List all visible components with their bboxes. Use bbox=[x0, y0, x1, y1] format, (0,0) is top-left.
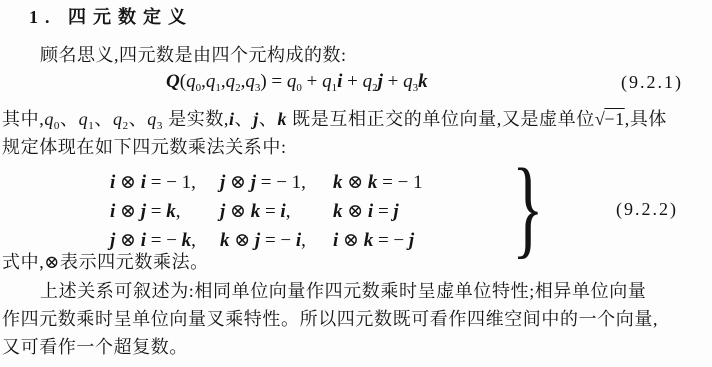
where-paragraph-line-2: 规定体现在如下四元数乘法关系中: bbox=[2, 133, 710, 161]
equation-9-2-2-cell: k ⊗ j = − i, bbox=[220, 226, 306, 255]
section-heading: 1. 四元数定义 bbox=[29, 4, 193, 30]
intro-paragraph: 顾名思义,四元数是由四个元构成的数: bbox=[40, 42, 347, 69]
equation-9-2-2-cell: i ⊗ j = k, bbox=[110, 197, 180, 226]
equation-9-2-2-grid: i ⊗ i = − 1,j ⊗ j = − 1,k ⊗ k = − 1i ⊗ j… bbox=[110, 168, 423, 255]
equation-9-2-2-cell: j ⊗ k = i, bbox=[220, 197, 290, 226]
sqrt-radical: √−1 bbox=[595, 109, 625, 129]
equation-9-2-1: Q(q0,q1,q2,q3) = q0 + q1i + q2j + q3k (9… bbox=[0, 68, 712, 98]
equation-9-2-2-cell: i ⊗ k = − j bbox=[333, 226, 414, 255]
where-paragraph-line-1: 其中,q0、q1、q2、q3 是实数,i、j、k 既是互相正交的单位向量,又是虚… bbox=[2, 105, 710, 133]
equation-9-2-2-cell: k ⊗ i = j bbox=[333, 197, 399, 226]
note-paragraph: 式中,⊗表示四元数乘法。 bbox=[2, 248, 209, 276]
equation-9-2-2-cell: k ⊗ k = − 1 bbox=[333, 168, 423, 197]
where-paragraph: 其中,q0、q1、q2、q3 是实数,i、j、k 既是互相正交的单位向量,又是虚… bbox=[2, 105, 710, 161]
summary-line-1: 上述关系可叙述为:相同单位向量作四元数乘时呈虚单位特性;相异单位向量 bbox=[2, 277, 710, 305]
equation-9-2-1-math: Q(q0,q1,q2,q3) = q0 + q1i + q2j + q3k bbox=[166, 68, 428, 96]
summary-line-2: 作四元数乘时呈单位向量叉乘特性。所以四元数既可看作四维空间中的一个向量, bbox=[2, 305, 710, 333]
equation-9-2-2-number: (9.2.2) bbox=[616, 199, 678, 220]
summary-line-3: 又可看作一个超复数。 bbox=[2, 333, 710, 361]
textbook-page: 1. 四元数定义 顾名思义,四元数是由四个元构成的数: Q(q0,q1,q2,q… bbox=[0, 0, 712, 367]
summary-paragraph: 上述关系可叙述为:相同单位向量作四元数乘时呈虚单位特性;相异单位向量 作四元数乘… bbox=[2, 277, 710, 361]
equation-9-2-2-cell: i ⊗ i = − 1, bbox=[110, 168, 196, 197]
equation-9-2-2-right-brace: } bbox=[512, 166, 544, 248]
equation-9-2-1-number: (9.2.1) bbox=[621, 72, 683, 93]
equation-9-2-2-cell: j ⊗ j = − 1, bbox=[220, 168, 306, 197]
